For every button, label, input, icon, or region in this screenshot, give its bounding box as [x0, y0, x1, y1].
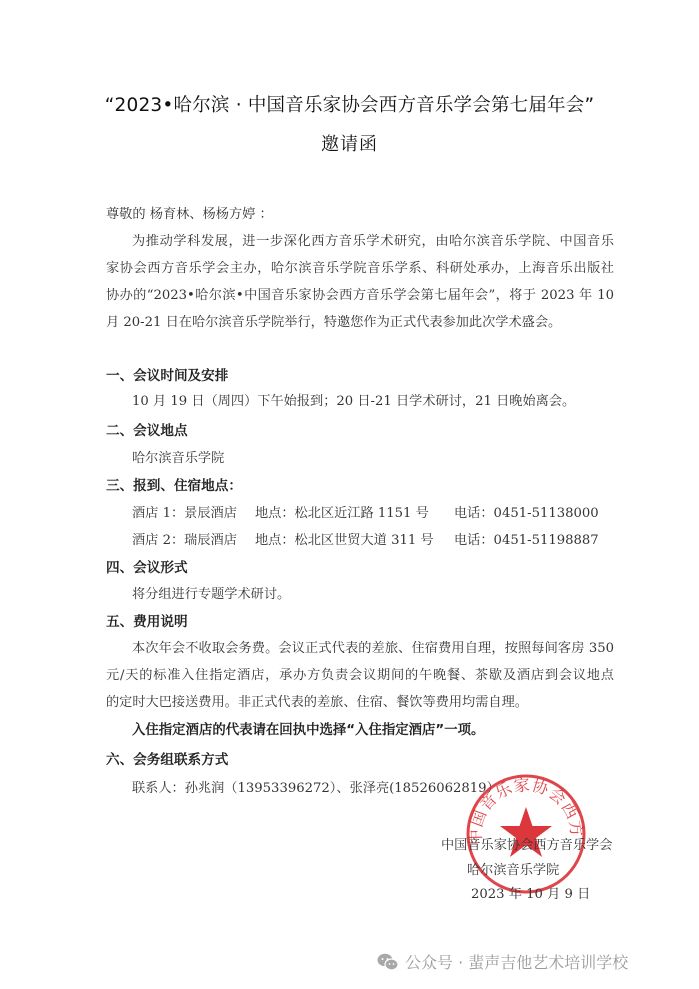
section-heading-schedule: 一、会议时间及安排 [106, 364, 228, 384]
hotel-1-phone: 电话：0451-51138000 [454, 502, 599, 521]
document-subtitle: 邀请函 [0, 130, 699, 156]
signature-org-2: 哈尔滨音乐学院 [467, 859, 559, 878]
wechat-footer: 公众号 · 蜚声吉他艺术培训学校 [377, 950, 628, 973]
intro-line-2: 家协会西方音乐学会主办，哈尔滨音乐学院音乐学系、科研处承办，上海音乐出版社 [106, 257, 614, 276]
signature-date: 2023 年 10 月 9 日 [471, 883, 590, 902]
greeting: 尊敬的 杨育林、杨杨方婷 ： [106, 203, 273, 222]
hotel-2-address: 地点：松北区世贸大道 311 号 [255, 529, 434, 548]
document-title: “2023•哈尔滨 · 中国音乐家协会西方音乐学会第七届年会” [0, 91, 699, 117]
fees-line-2: 元/天的标准入住指定酒店，承办方负责会议期间的午晚餐、茶歇及酒店到会议地点 [106, 664, 614, 683]
hotel-1-address: 地点：松北区近江路 1151 号 [255, 502, 429, 521]
contact-text: 联系人：孙兆润（13953396272）、张泽亮(18526062819） [132, 777, 500, 796]
hotel-2-phone: 电话：0451-51198887 [454, 529, 599, 548]
signature-org-1: 中国音乐家协会西方音乐学会 [441, 834, 612, 853]
section-heading-format: 四、会议形式 [106, 556, 188, 576]
intro-line-3: 协办的“2023•哈尔滨•中国音乐家协会西方音乐学会第七届年会”，将于 2023… [106, 284, 614, 303]
intro-line-1: 为推动学科发展，进一步深化西方音乐学术研究，由哈尔滨音乐学院、中国音乐 [132, 230, 614, 249]
format-text: 将分组进行专题学术研讨。 [132, 583, 290, 602]
hotel-2-label: 酒店 2：瑞辰酒店 [132, 529, 237, 548]
section-heading-contact: 六、会务组联系方式 [106, 748, 228, 768]
intro-line-4: 月 20-21 日在哈尔滨音乐学院举行，特邀您作为正式代表参加此次学术盛会。 [106, 311, 561, 330]
section-heading-venue: 二、会议地点 [106, 419, 188, 439]
wechat-icon [377, 953, 399, 971]
hotel-note: 入住指定酒店的代表请在回执中选择“入住指定酒店”一项。 [132, 719, 484, 738]
fees-line-3: 的定时大巴接送费用。非正式代表的差旅、住宿、餐饮等费用均需自理。 [106, 691, 528, 710]
hotel-1-label: 酒店 1：景辰酒店 [132, 502, 237, 521]
footer-text: 公众号 · 蜚声吉他艺术培训学校 [405, 950, 628, 973]
section-heading-fees: 五、费用说明 [106, 610, 188, 630]
schedule-text: 10 月 19 日（周四）下午始报到；20 日-21 日学术研讨，21 日晚始离… [132, 390, 575, 409]
fees-line-1: 本次年会不收取会务费。会议正式代表的差旅、住宿费用自理，按照每间客房 350 [132, 637, 614, 656]
venue-text: 哈尔滨音乐学院 [132, 447, 224, 466]
section-heading-accommodation: 三、报到、住宿地点： [106, 474, 242, 494]
